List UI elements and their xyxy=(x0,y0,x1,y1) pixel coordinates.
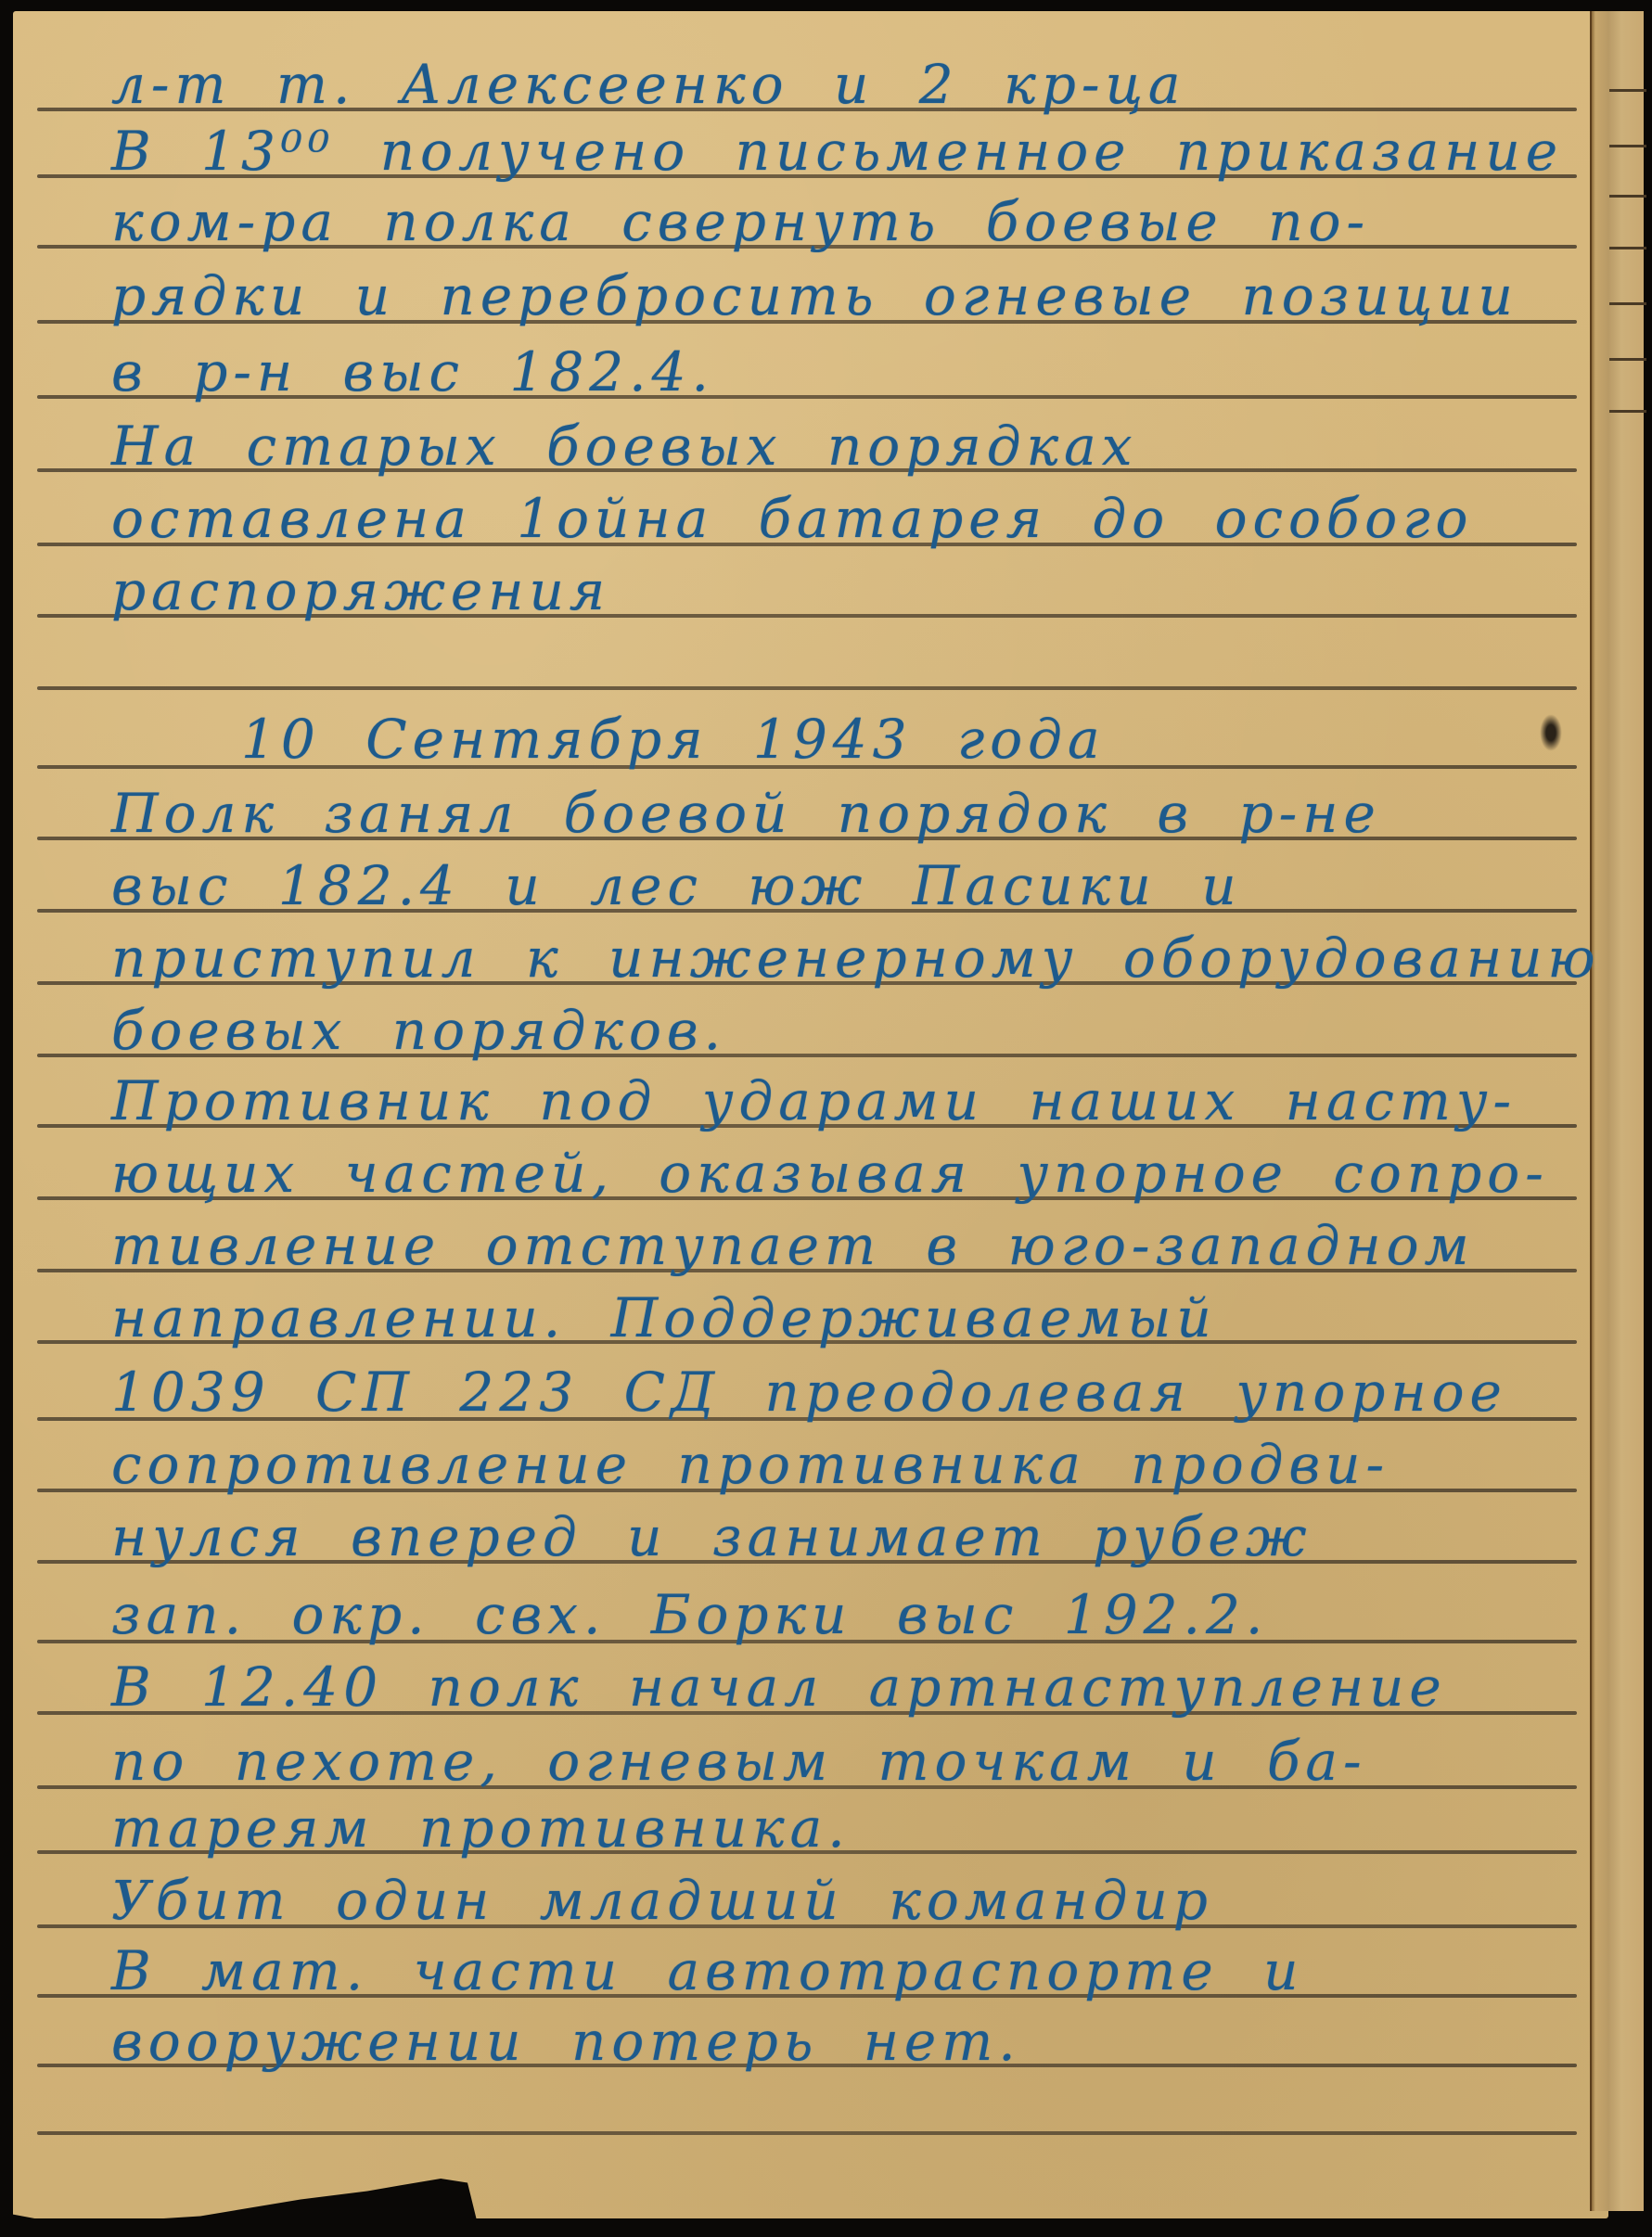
journal-line: приступил к инженерному оборудованию xyxy=(111,931,1569,985)
journal-line: 1039 СП 223 СД преодолевая упорное xyxy=(111,1365,1569,1419)
journal-line: В мат. части автотраспорте и xyxy=(111,1944,1569,1998)
gutter-rule xyxy=(1609,247,1646,249)
journal-line: ком-ра полка свернуть боевые по- xyxy=(111,195,1569,249)
gutter-rule xyxy=(1609,358,1646,361)
journal-line: в р-н выс 182.4. xyxy=(111,345,1569,399)
journal-line: В 13⁰⁰ получено письменное приказание xyxy=(111,124,1569,178)
journal-line: боевых порядков. xyxy=(111,1003,1569,1057)
journal-line: рядки и перебросить огневые позиции xyxy=(111,269,1569,323)
journal-line: направлении. Поддерживаемый xyxy=(111,1291,1569,1345)
journal-line: сопротивление противника продви- xyxy=(111,1438,1569,1491)
journal-line: На старых боевых порядках xyxy=(111,419,1569,473)
gutter-rule xyxy=(1609,302,1646,305)
journal-line: оставлена 1ойна батарея до особого xyxy=(111,492,1569,545)
journal-line: нулся вперед и занимает рубеж xyxy=(111,1510,1569,1564)
entry-date-heading: 10 Сентября 1943 года xyxy=(241,712,1569,766)
journal-line: вооружении потерь нет. xyxy=(111,2014,1569,2068)
gutter-rule xyxy=(1609,195,1646,198)
journal-line: Противник под ударами наших насту- xyxy=(111,1074,1569,1128)
journal-line: л-т т. Алексеенко и 2 кр-ца xyxy=(111,58,1569,111)
journal-line: Полк занял боевой порядок в р-не xyxy=(111,786,1569,840)
journal-line: В 12.40 полк начал артнаступление xyxy=(111,1660,1569,1714)
rule-line xyxy=(37,686,1577,690)
gutter-rule xyxy=(1609,410,1646,413)
journal-line: выс 182.4 и лес юж Пасики и xyxy=(111,859,1569,913)
rule-line xyxy=(37,2131,1577,2135)
journal-line: ющих частей, оказывая упорное сопро- xyxy=(111,1146,1569,1200)
journal-line: Убит один младший командир xyxy=(111,1873,1569,1927)
gutter-rule xyxy=(1609,89,1646,92)
gutter-rule xyxy=(1609,145,1646,147)
journal-line: по пехоте, огневым точкам и ба- xyxy=(111,1734,1569,1788)
binding-gutter xyxy=(1590,11,1644,2211)
journal-line: тивление отступает в юго-западном xyxy=(111,1219,1569,1272)
journal-line: тареям противника. xyxy=(111,1801,1569,1855)
journal-line: распоряжения xyxy=(111,564,1569,618)
journal-line: зап. окр. свх. Борки выс 192.2. xyxy=(111,1588,1569,1642)
